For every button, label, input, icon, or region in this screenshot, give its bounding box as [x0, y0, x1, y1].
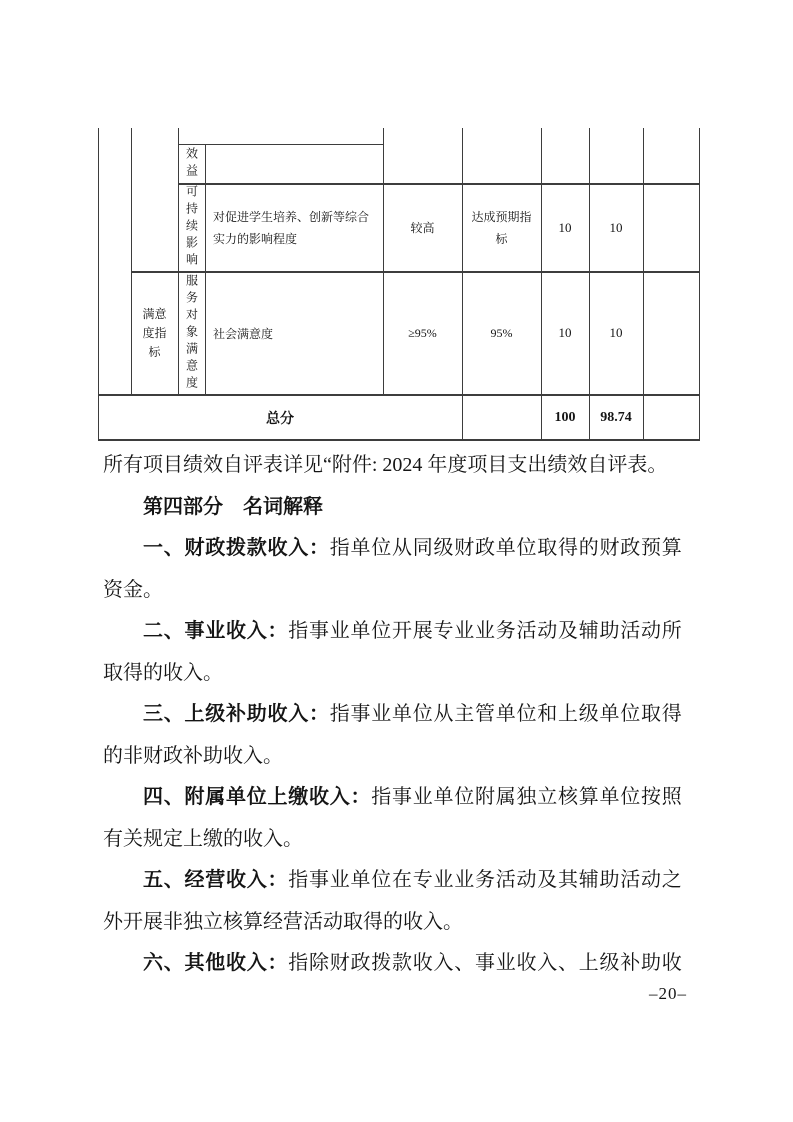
term-name: 一、财政拨款收入： — [143, 537, 330, 559]
cell-total-weight: 100 — [542, 396, 588, 439]
term-continuation: 有关规定上缴的收入。 — [103, 819, 683, 861]
cell-service-sublabel: 服务对象满意度 — [179, 273, 204, 393]
term-definition: 指事业单位在专业业务活动及其辅助活动之 — [288, 869, 682, 891]
service-sublabel-text: 服务对象满意度 — [186, 274, 198, 393]
term-line: 二、事业收入：指事业单位开展专业业务活动及辅助活动所 — [103, 611, 683, 653]
sustain-indicator-lines: 对促进学生培养、创新等综合 实力的影响程度 — [213, 206, 369, 250]
cell-service-indicator: 社会满意度 — [206, 273, 389, 393]
cell-sustain-weight: 10 — [542, 185, 588, 270]
grid-line — [98, 439, 700, 441]
benefit-sublabel-text: 效益 — [186, 147, 198, 181]
cell-sustain-score: 10 — [590, 185, 642, 270]
cell-sustain-actual: 达成预期指 标 — [463, 185, 540, 270]
cell-service-weight: 10 — [542, 273, 588, 393]
term-line: 一、财政拨款收入：指单位从同级财政单位取得的财政预算 — [103, 528, 683, 570]
section-title: 第四部分 名词解释 — [103, 487, 683, 529]
term-name: 五、经营收入： — [143, 869, 288, 891]
term-continuation: 的非财政补助收入。 — [103, 736, 683, 778]
cell-service-score: 10 — [590, 273, 642, 393]
cell-benefit-sublabel: 效益 — [179, 146, 204, 182]
term-line: 六、其他收入：指除财政拨款收入、事业收入、上级补助收 — [103, 943, 683, 985]
cell-service-target: ≥95% — [384, 273, 461, 393]
term-continuation: 资金。 — [103, 570, 683, 612]
term-line: 四、附属单位上缴收入：指事业单位附属独立核算单位按照 — [103, 777, 683, 819]
sustain-sublabel-text: 可持续影响 — [186, 185, 198, 270]
satisfaction-group-lines: 满意 度指 标 — [139, 305, 171, 362]
term-name: 六、其他收入： — [143, 952, 288, 974]
term-definition: 指单位从同级财政单位取得的财政预算 — [330, 537, 683, 559]
cell-total-label: 总分 — [98, 396, 462, 439]
cell-sustain-indicator: 对促进学生培养、创新等综合 实力的影响程度 — [206, 185, 389, 270]
continuation-line: 所有项目绩效自评表详见“附件: 2024 年度项目支出绩效自评表。 — [103, 445, 683, 487]
cell-service-actual: 95% — [463, 273, 540, 393]
document-page: { "colors": { "text": "#151515", "table_… — [0, 0, 793, 1122]
term-definition: 指事业单位从主管单位和上级单位取得 — [330, 703, 683, 725]
term-name: 四、附属单位上缴收入： — [143, 786, 371, 808]
cell-total-score: 98.74 — [590, 396, 642, 439]
grid-line — [178, 144, 384, 145]
term-name: 三、上级补助收入： — [143, 703, 330, 725]
term-definition: 指事业单位开展专业业务活动及辅助活动所 — [288, 620, 682, 642]
term-line: 五、经营收入：指事业单位在专业业务活动及其辅助活动之 — [103, 860, 683, 902]
term-line: 三、上级补助收入：指事业单位从主管单位和上级单位取得 — [103, 694, 683, 736]
body-text: 所有项目绩效自评表详见“附件: 2024 年度项目支出绩效自评表。 第四部分 名… — [103, 445, 683, 985]
term-name: 二、事业收入： — [143, 620, 288, 642]
cell-sustain-sublabel: 可持续影响 — [179, 185, 204, 270]
cell-sustain-target: 较高 — [384, 185, 461, 270]
term-definition: 指事业单位附属独立核算单位按照 — [371, 786, 682, 808]
term-continuation: 取得的收入。 — [103, 653, 683, 695]
sustain-actual-lines: 达成预期指 标 — [471, 206, 531, 250]
page-number: –20– — [632, 984, 704, 1004]
cell-satisfaction-group-label: 满意 度指 标 — [132, 273, 177, 393]
term-continuation: 外开展非独立核算经营活动取得的收入。 — [103, 902, 683, 944]
term-definition: 指除财政拨款收入、事业收入、上级补助收 — [288, 952, 682, 974]
performance-table: 效益 可持续影响 对促进学生培养、创新等综合 实力的影响程度 较高 达成预期指 … — [0, 0, 793, 450]
